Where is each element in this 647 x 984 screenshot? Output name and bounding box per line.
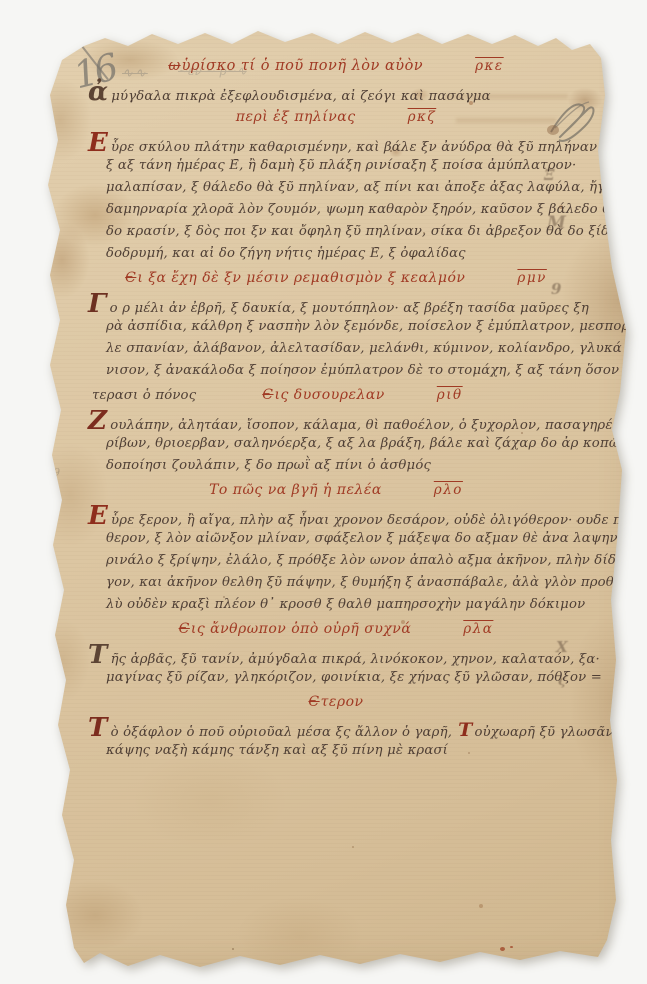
manuscript-line: Εὗρε σκύλου πλάτην καθαρισμένην, καὶ βάλ… — [92, 136, 580, 158]
initial-letter: Ε — [88, 509, 108, 523]
chapter-heading-row: περὶ ἐξ πηλίναςρκζ — [92, 109, 580, 134]
manuscript-text: θερον, ξ λὸν αἰῶνξον μλίναν, σφάξελον ξ … — [106, 531, 646, 546]
manuscript-text: ουλάπην, ἀλητάαν, ἴσοπον, κάλαμα, θὶ παθ… — [110, 418, 617, 433]
manuscript-line: δο κρασίν, ξ δὸς ποι ξν και ὄφηλη ξῦ πηλ… — [92, 224, 580, 246]
manuscript-line: ρινάλο ξ ξρίψην, ἐλάλο, ξ πρόθξε λὸν ωνο… — [92, 553, 580, 575]
chapter-heading: περὶ ἐξ πηλίνας — [236, 109, 356, 125]
chapter-heading-text: τερον — [321, 694, 364, 710]
red-ink-spots — [500, 947, 505, 951]
manuscript-text: δαμηρναρία χλορᾶ λὸν ζουμόν, ψωμη καθαρὸ… — [106, 202, 619, 217]
chapter-heading: Το πῶς να βγῆ ἡ πελέα — [209, 482, 382, 498]
chapter-number: ριθ — [437, 387, 463, 403]
manuscript-text: ο ρ μέλι ἀν ἐβρῆ, ξ δαυκία, ξ μουτόπηλον… — [110, 301, 589, 316]
manuscript-page: 1. 16 ∿∿ ∼εν ∼ ρ∼∿ Ξ Μ 9 Χ ϛ ∿ρ⁊ ε∿9 π∿ … — [0, 0, 647, 984]
chapter-heading-text: ὑρίσκο τί ὁ ποῦ πονῆ λὸν αὐὸν — [182, 58, 423, 74]
chapter-heading: Єις δυσουρελαν — [262, 387, 385, 403]
manuscript-text: ρίβων, θριοερβαν, σαληνόερξα, ξ αξ λα βρ… — [106, 436, 647, 451]
initial-letter: Γ — [88, 297, 107, 311]
manuscript-line: δοδρυμή, και αἰ δο ζήγη νήτις ἡμέρας Ε̄,… — [92, 246, 580, 268]
struck-letter: ω — [168, 58, 180, 74]
manuscript-line: μαγίνας ξῦ ρίζαν, γληκόριζον, φοινίκια, … — [92, 670, 580, 692]
manuscript-page-shadow: 1. 16 ∿∿ ∼εν ∼ ρ∼∿ Ξ Μ 9 Χ ϛ ∿ρ⁊ ε∿9 π∿ … — [0, 0, 647, 984]
initial-letter: Ζ — [88, 414, 107, 428]
paragraph-end-text: τερασι ὁ πόνος — [92, 388, 196, 403]
manuscript-text: μύγδαλα πικρὰ ἐξεφλουδισμένα, αἰ ζεόγι κ… — [111, 89, 491, 104]
manuscript-text: ῆς ἀρβᾶς, ξῦ τανίν, ἀμύγδαλα πικρά, λινό… — [111, 652, 600, 667]
manuscript-line: Ζουλάπην, ἀλητάαν, ἴσοπον, κάλαμα, θὶ πα… — [92, 414, 580, 436]
initial-letter: Ε — [88, 136, 108, 150]
manuscript-line: δαμηρναρία χλορᾶ λὸν ζουμόν, ψωμη καθαρὸ… — [92, 202, 580, 224]
manuscript-line: ρὰ ἀσπίδια, κάλθρη ξ νασπὴν λὸν ξεμόνδε,… — [92, 319, 580, 341]
manuscript-text: ὸ ὀξάφλον ὁ ποῦ οὐριοῦαλ μέσα ξς ἄλλον ὁ… — [111, 725, 453, 740]
manuscript-text: γον, και ἀκῆνον θελθη ξῦ πάψην, ξ θυμήξη… — [106, 575, 647, 590]
corner-mark: 1. — [63, 24, 73, 35]
chapter-heading-row: Єις ἄνθρωπον ὁπὸ οὐρῆ συχνάρλα — [92, 621, 580, 646]
chapter-number: ρλα — [463, 621, 493, 637]
chapter-heading-text: ις ἄνθρωπον ὁπὸ οὐρῆ συχνά — [191, 621, 411, 637]
chapter-heading-row: Το πῶς να βγῆ ἡ πελέαρλο — [92, 482, 580, 507]
manuscript-line: νισον, ξ ἀνακάλοδα ξ ποίησον ἐμύπλατρον … — [92, 363, 580, 385]
chapter-heading-text: ις δυσουρελαν — [275, 387, 385, 403]
initial-letter: ἀ — [88, 85, 108, 99]
manuscript-text: ὗρε ξερον, ἢ αἴγα, πλὴν αξ ἦναι χρονον δ… — [111, 513, 646, 528]
struck-letter: Є — [125, 270, 136, 286]
initial-letter: Τ — [88, 721, 108, 735]
manuscript-line: λὺ οὐδὲν κραξὶ πλέον θ᾽ κροσθ ξ θαλθ μαπ… — [92, 597, 580, 619]
struck-letter: Є — [179, 621, 190, 637]
manuscript-text: ρινάλο ξ ξρίψην, ἐλάλο, ξ πρόθξε λὸν ωνο… — [106, 553, 647, 568]
manuscript-text: ρὰ ἀσπίδια, κάλθρη ξ νασπὴν λὸν ξεμόνδε,… — [106, 319, 641, 334]
chapter-heading: Єι ξα ἔχη δὲ ξν μέσιν ρεμαθισμὸν ξ κεαλμ… — [125, 270, 465, 286]
manuscript-text: λε σπανίαν, ἀλάβανον, ἀλελτασίδαν, μελάν… — [106, 341, 622, 356]
chapter-heading-text: Το πῶς να βγῆ ἡ πελέα — [209, 482, 382, 498]
manuscript-text: μαγίνας ξῦ ρίζαν, γληκόριζον, φοινίκια, … — [106, 670, 602, 685]
chapter-number: ρλο — [434, 482, 463, 498]
scan-background: 1. 16 ∿∿ ∼εν ∼ ρ∼∿ Ξ Μ 9 Χ ϛ ∿ρ⁊ ε∿9 π∿ … — [0, 0, 647, 984]
left-margin-pencil-mark: π∿ — [40, 558, 56, 571]
ink-specks — [0, 0, 2, 2]
manuscript-text: οὐχωαρῆ ξῦ γλωσᾶν νὰ — [474, 725, 635, 740]
initial-letter: Τ — [88, 648, 108, 662]
manuscript-line: μαλαπίσαν, ξ θάλεδο θὰ ξῦ πηλίναν, αξ πί… — [92, 180, 580, 202]
manuscript-line: κάψης ναξὴ κάμης τάνξη καὶ αξ ξῦ πίνη μὲ… — [92, 743, 580, 765]
chapter-heading: Єις ἄνθρωπον ὁπὸ οὐρῆ συχνά — [179, 621, 412, 637]
chapter-heading-row: ωὑρίσκο τί ὁ ποῦ πονῆ λὸν αὐὸνρκε — [92, 58, 580, 83]
chapter-heading-row: Єτερον — [92, 694, 580, 719]
manuscript-text: μαλαπίσαν, ξ θάλεδο θὰ ξῦ πηλίναν, αξ πί… — [106, 180, 614, 195]
chapter-number: ρμν — [517, 270, 546, 286]
struck-letter: Є — [262, 387, 273, 403]
manuscript-text: κάψης ναξὴ κάμης τάνξη καὶ αξ ξῦ πίνη μὲ… — [106, 743, 448, 758]
manuscript-text: λὺ οὐδὲν κραξὶ πλέον θ᾽ κροσθ ξ θαλθ μαπ… — [106, 597, 585, 612]
chapter-heading-row: Єι ξα ἔχη δὲ ξν μέσιν ρεμαθισμὸν ξ κεαλμ… — [92, 270, 580, 295]
manuscript-line: Τὸ ὀξάφλον ὁ ποῦ οὐριοῦαλ μέσα ξς ἄλλον … — [92, 721, 580, 743]
chapter-heading: Єτερον — [308, 694, 363, 710]
manuscript-text: δοδρυμή, και αἰ δο ζήγη νήτις ἡμέρας Ε̄,… — [106, 246, 466, 261]
left-margin-pencil-mark: ∿ρ⁊ — [34, 328, 55, 341]
inline-initial-letter: Τ — [458, 723, 472, 737]
manuscript-line: ἀμύγδαλα πικρὰ ἐξεφλουδισμένα, αἰ ζεόγι … — [92, 85, 580, 107]
chapter-heading: ωὑρίσκο τί ὁ ποῦ πονῆ λὸν αὐὸν — [168, 58, 423, 74]
body-and-heading-row: τερασι ὁ πόνοςЄις δυσουρελανριθ — [92, 387, 580, 412]
manuscript-line: Τῆς ἀρβᾶς, ξῦ τανίν, ἀμύγδαλα πικρά, λιν… — [92, 648, 580, 670]
manuscript-line: λε σπανίαν, ἀλάβανον, ἀλελτασίδαν, μελάν… — [92, 341, 580, 363]
manuscript-line: θερον, ξ λὸν αἰῶνξον μλίναν, σφάξελον ξ … — [92, 531, 580, 553]
manuscript-line: Εὗρε ξερον, ἢ αἴγα, πλὴν αξ ἦναι χρονον … — [92, 509, 580, 531]
chapter-heading-text: περὶ ἐξ πηλίνας — [236, 109, 356, 125]
manuscript-text: ξ αξ τάνη ἡμέρας Ε̄, ἢ δαμὴ ξῦ πλάξη ριν… — [106, 158, 576, 173]
manuscript-text: δοποίησι ζουλάπιν, ξ δο πρωῒ αξ πίνι ὁ ἀ… — [106, 458, 431, 473]
manuscript-line: γον, και ἀκῆνον θελθη ξῦ πάψην, ξ θυμήξη… — [92, 575, 580, 597]
manuscript-line: ρίβων, θριοερβαν, σαληνόερξα, ξ αξ λα βρ… — [92, 436, 580, 458]
chapter-number: ρκζ — [408, 109, 437, 125]
chapter-heading-text: ι ξα ἔχη δὲ ξν μέσιν ρεμαθισμὸν ξ κεαλμό… — [137, 270, 465, 286]
manuscript-text: νισον, ξ ἀνακάλοδα ξ ποίησον ἐμύπλατρον … — [106, 363, 641, 378]
manuscript-text: δο κρασίν, ξ δὸς ποι ξν και ὄφηλη ξῦ πηλ… — [106, 224, 619, 239]
chapter-number: ρκε — [475, 58, 504, 74]
manuscript-text: ὗρε σκύλου πλάτην καθαρισμένην, καὶ βάλε… — [111, 140, 597, 155]
text-block: ωὑρίσκο τί ὁ ποῦ πονῆ λὸν αὐὸνρκεἀμύγδαλ… — [92, 56, 580, 765]
manuscript-line: δοποίησι ζουλάπιν, ξ δο πρωῒ αξ πίνι ὁ ἀ… — [92, 458, 580, 480]
left-margin-pencil-mark: ε∿9 — [38, 466, 60, 479]
manuscript-line: ξ αξ τάνη ἡμέρας Ε̄, ἢ δαμὴ ξῦ πλάξη ριν… — [92, 158, 580, 180]
manuscript-line: Γο ρ μέλι ἀν ἐβρῆ, ξ δαυκία, ξ μουτόπηλο… — [92, 297, 580, 319]
struck-letter: Є — [308, 694, 319, 710]
